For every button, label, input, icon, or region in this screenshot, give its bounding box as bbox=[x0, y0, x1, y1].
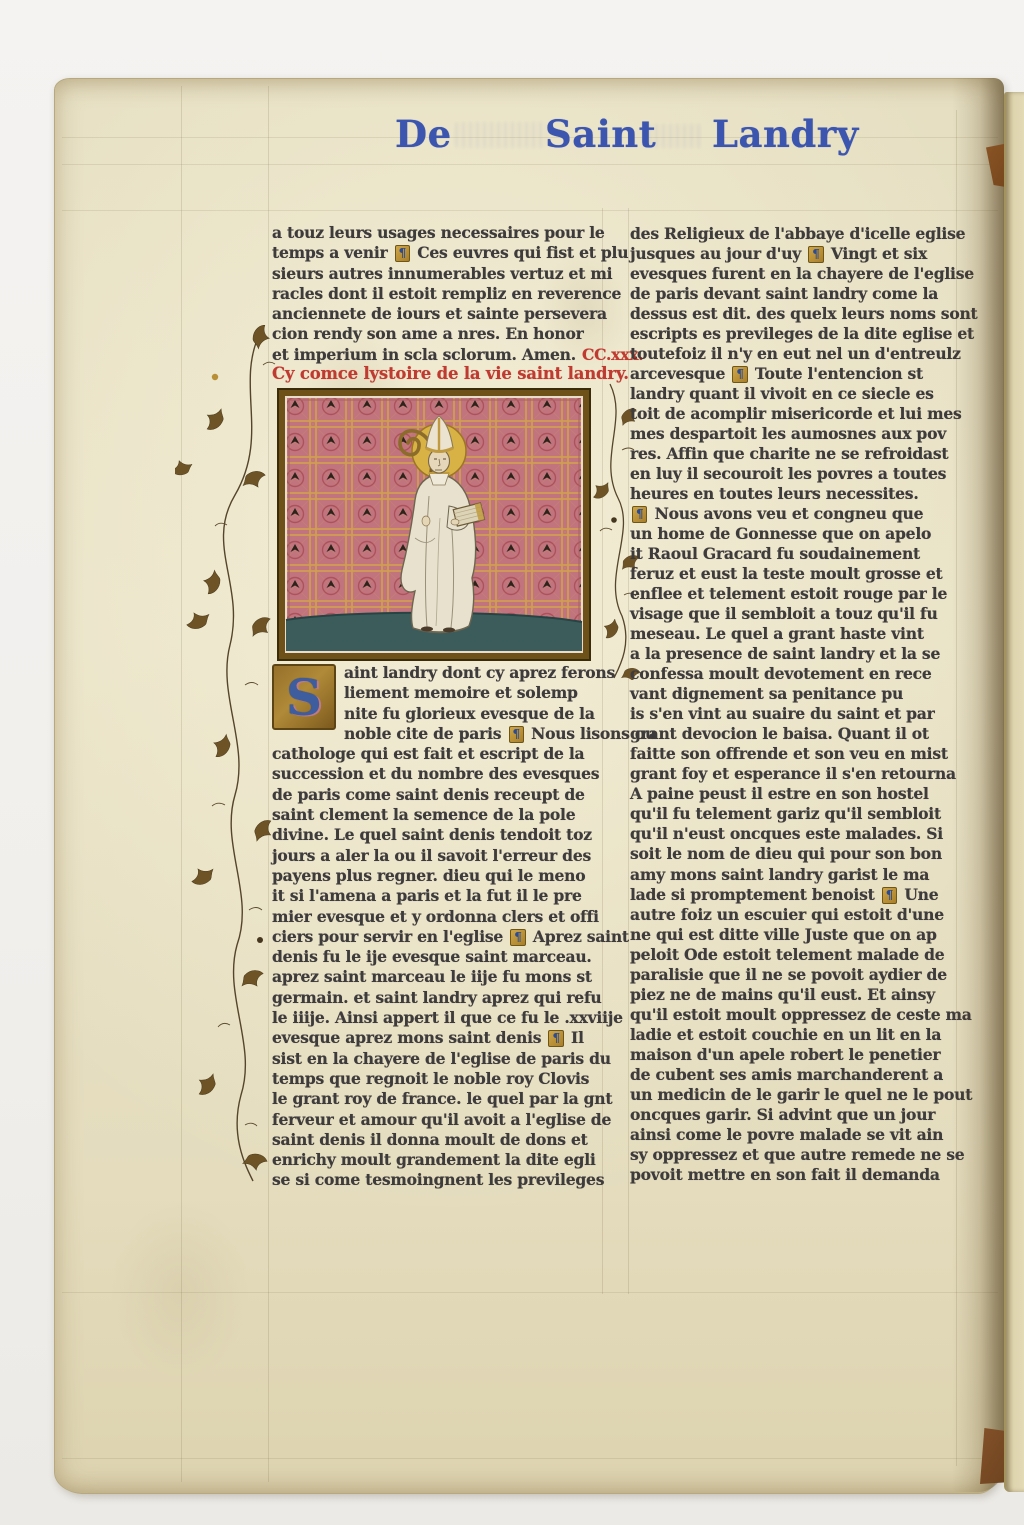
text-line: evesque aprez mons saint denis ¶ Il bbox=[272, 1028, 608, 1048]
text-line: se si come tesmoingnent les previleges bbox=[272, 1170, 608, 1190]
text-line: de paris devant saint landry come la bbox=[630, 284, 964, 304]
text-line: heures en toutes leurs necessites. bbox=[630, 484, 964, 504]
right-column: des Religieux de l'abbaye d'icelle eglis… bbox=[630, 224, 964, 1185]
text-line: payens plus regner. dieu qui le meno bbox=[272, 866, 608, 886]
text-line: ferveur et amour qu'il avoit a l'eglise … bbox=[272, 1110, 608, 1130]
text-line: escripts es previleges de la dite eglise… bbox=[630, 324, 964, 344]
text-line: cathologe qui est fait et escript de la bbox=[272, 744, 608, 764]
ruling-line bbox=[62, 1458, 992, 1459]
text-line: ainsi come le povre malade se vit ain bbox=[630, 1125, 964, 1145]
left-column-lower-lines: noble cite de paris ¶ Nous lisons oucath… bbox=[272, 724, 608, 1191]
text-line: enflee et telement estoit rouge par le bbox=[630, 584, 964, 604]
line-text: et imperium in scla sclorum. Amen. bbox=[272, 345, 576, 365]
text-line: de cubent ses amis marchanderent a bbox=[630, 1065, 964, 1085]
text-line: arcevesque ¶ Toute l'entencion st bbox=[630, 364, 964, 384]
decorated-initial: S bbox=[272, 664, 336, 730]
ruling-line bbox=[62, 164, 998, 165]
text-line: de paris come saint denis receupt de bbox=[272, 785, 608, 805]
text-line: povoit mettre en son fait il demanda bbox=[630, 1165, 964, 1185]
champ-initial: ¶ bbox=[395, 245, 410, 262]
text-line: ladie et estoit couchie en un lit en la bbox=[630, 1025, 964, 1045]
text-line: racles dont il estoit rempliz en reveren… bbox=[272, 284, 606, 304]
left-column-upper-lastline: et imperium in scla sclorum. Amen. CC.xx… bbox=[272, 345, 606, 365]
text-line: amy mons saint landry garist le ma bbox=[630, 865, 964, 885]
running-title-word: De bbox=[395, 114, 452, 154]
text-line: le grant roy de france. le quel par la g… bbox=[272, 1089, 608, 1109]
ink-bleedthrough bbox=[455, 122, 547, 148]
champ-initial: ¶ bbox=[548, 1030, 563, 1047]
text-line: jours a aler la ou il savoit l'erreur de… bbox=[272, 846, 608, 866]
text-line: a la presence de saint landry et la se bbox=[630, 644, 964, 664]
text-line: autre foiz un escuier qui estoit d'une bbox=[630, 905, 964, 925]
text-line: it si l'amena a paris et la fut il le pr… bbox=[272, 886, 608, 906]
text-line: it Raoul Gracard fu soudainement bbox=[630, 544, 964, 564]
left-column-upper: a touz leurs usages necessaires pour let… bbox=[272, 223, 606, 345]
text-line: confessa moult devotement en rece bbox=[630, 664, 964, 684]
adjacent-folio-edge bbox=[1004, 92, 1024, 1492]
text-line: faitte son offrende et son veu en mist bbox=[630, 744, 964, 764]
stain bbox=[110, 1200, 250, 1380]
gutter-shadow bbox=[952, 78, 1004, 1492]
text-line: saint clement la semence de la pole bbox=[272, 805, 608, 825]
text-line: piez ne de mains qu'il eust. Et ainsy bbox=[630, 985, 964, 1005]
text-line: qu'il fu telement gariz qu'il sembloit bbox=[630, 804, 964, 824]
text-line: dessus est dit. des quelx leurs noms son… bbox=[630, 304, 964, 324]
champ-initial: ¶ bbox=[732, 366, 747, 383]
text-line: visage que il sembloit a touz qu'il fu bbox=[630, 604, 964, 624]
text-line: cion rendy son ame a nres. En honor bbox=[272, 324, 606, 344]
text-line: sist en la chayere de l'eglise de paris … bbox=[272, 1049, 608, 1069]
running-title-word: Saint bbox=[545, 114, 656, 154]
amice bbox=[429, 473, 449, 485]
text-line: paralisie que il ne se povoit aydier de bbox=[630, 965, 964, 985]
text-line: succession et du nombre des evesques bbox=[272, 764, 608, 784]
text-line: landry quant il vivoit en ce siecle es bbox=[630, 384, 964, 404]
text-line: un home de Gonnesse que on apelo bbox=[630, 524, 964, 544]
left-column-lower: S aint landry dont cy aprez feronsliemen… bbox=[272, 663, 608, 1191]
text-line: divine. Le quel saint denis tendoit toz bbox=[272, 825, 608, 845]
text-line: mier evesque et y ordonna clers et offi bbox=[272, 907, 608, 927]
text-line: evesques furent en la chayere de l'eglis… bbox=[630, 264, 964, 284]
text-line: des Religieux de l'abbaye d'icelle eglis… bbox=[630, 224, 964, 244]
rubric-line: Cy comce lystoire de la vie saint landry… bbox=[272, 364, 629, 383]
text-line: denis fu le ije evesque saint marceau. bbox=[272, 947, 608, 967]
text-line: jusques au jour d'uy ¶ Vingt et six bbox=[630, 244, 964, 264]
manuscript-photo: De Saint Landry a touz leurs usages nece… bbox=[0, 0, 1024, 1525]
text-line: toutefoiz il n'y en eut nel un d'entreul… bbox=[630, 344, 964, 364]
text-line: sy oppressez et que autre remede ne se bbox=[630, 1145, 964, 1165]
text-line: A paine peust il estre en son hostel bbox=[630, 784, 964, 804]
champ-initial: ¶ bbox=[808, 246, 823, 263]
text-line: lade si promptement benoist ¶ Une bbox=[630, 885, 964, 905]
text-line: oncques garir. Si advint que un jour bbox=[630, 1105, 964, 1125]
champ-initial: ¶ bbox=[882, 887, 897, 904]
champ-initial: ¶ bbox=[510, 929, 525, 946]
text-line: temps a venir ¶ Ces euvres qui fist et p… bbox=[272, 243, 606, 263]
text-line: meseau. Le quel a grant haste vint bbox=[630, 624, 964, 644]
text-line: sieurs autres innumerables vertuz et mi bbox=[272, 264, 606, 284]
text-line: grant foy et esperance il s'en retourna bbox=[630, 764, 964, 784]
text-line: temps que regnoit le noble roy Clovis bbox=[272, 1069, 608, 1089]
text-line: is s'en vint au suaire du saint et par bbox=[630, 704, 964, 724]
text-line: le iiije. Ainsi appert il que ce fu le .… bbox=[272, 1008, 608, 1028]
champ-initial: ¶ bbox=[632, 506, 647, 523]
text-line: germain. et saint landry aprez qui refu bbox=[272, 988, 608, 1008]
text-line: ne qui est ditte ville Juste que on ap bbox=[630, 925, 964, 945]
ruling-line bbox=[62, 210, 998, 211]
text-line: un medicin de le garir le quel ne le pou… bbox=[630, 1085, 964, 1105]
text-line: peloit Ode estoit telement malade de bbox=[630, 945, 964, 965]
text-line: saint denis il donna moult de dons et bbox=[272, 1130, 608, 1150]
text-line: toit de acomplir misericorde et lui mes bbox=[630, 404, 964, 424]
text-line: feruz et eust la teste moult grosse et bbox=[630, 564, 964, 584]
text-line: ciers pour servir en l'eglise ¶ Aprez sa… bbox=[272, 927, 608, 947]
text-line: mes despartoit les aumosnes aux pov bbox=[630, 424, 964, 444]
text-line: en luy il secouroit les povres a toutes bbox=[630, 464, 964, 484]
text-line: vant dignement sa penitance pu bbox=[630, 684, 964, 704]
text-line: qu'il n'eust oncques este malades. Si bbox=[630, 824, 964, 844]
running-title-word: Landry bbox=[712, 114, 859, 154]
text-line: grant devocion le baisa. Quant il ot bbox=[630, 724, 964, 744]
text-line: qu'il estoit moult oppressez de ceste ma bbox=[630, 1005, 964, 1025]
text-line: a touz leurs usages necessaires pour le bbox=[272, 223, 606, 243]
text-line: soit le nom de dieu qui pour son bon bbox=[630, 844, 964, 864]
text-line: ¶ Nous avons veu et congneu que bbox=[630, 504, 964, 524]
miniature-saint-landry bbox=[277, 388, 591, 661]
text-line: enrichy moult grandement la dite egli bbox=[272, 1150, 608, 1170]
text-line: maison d'un apele robert le penetier bbox=[630, 1045, 964, 1065]
text-line: res. Affin que charite ne se refroidast bbox=[630, 444, 964, 464]
text-line: et imperium in scla sclorum. Amen. CC.xx… bbox=[272, 345, 606, 365]
text-line: aprez saint marceau le iije fu mons st bbox=[272, 967, 608, 987]
ink-bleedthrough bbox=[648, 124, 704, 148]
champ-initial: ¶ bbox=[509, 726, 524, 743]
text-line: anciennete de iours et sainte persevera bbox=[272, 304, 606, 324]
